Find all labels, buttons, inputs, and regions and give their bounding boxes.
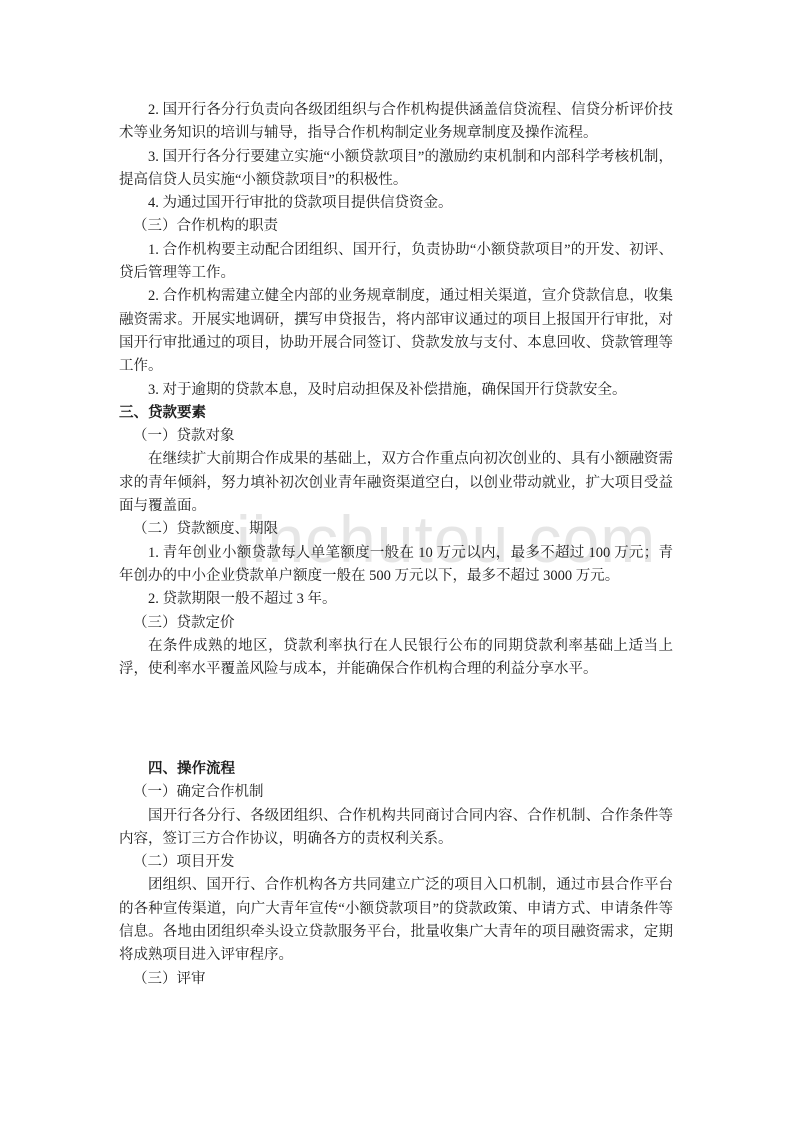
paragraph-loan-term: 2. 贷款期限一般不超过 3 年。 [119,588,673,611]
paragraph-responsibility-2: 2. 国开行各分行负责向各级团组织与合作机构提供涵盖信贷流程、信贷分析评价技术等… [119,99,673,146]
paragraph-loan-target: 在继续扩大前期合作成果的基础上，双方合作重点向初次创业的、具有小额融资需求的青年… [119,448,673,518]
paragraph-responsibility-4: 4. 为通过国开行审批的贷款项目提供信贷资金。 [119,192,673,215]
subheading-partner-duties: （三）合作机构的职责 [119,215,673,238]
subheading-cooperation-mechanism: （一）确定合作机制 [119,781,673,804]
paragraph-cooperation-mechanism: 国开行各分行、各级团组织、合作机构共同商讨合同内容、合作机制、合作条件等内容，签… [119,805,673,852]
paragraph-partner-duty-1: 1. 合作机构要主动配合团组织、国开行，负责协助“小额贷款项目”的开发、初评、贷… [119,239,673,286]
subheading-project-development: （二）项目开发 [119,851,673,874]
heading-operation-process: 四、操作流程 [119,758,673,781]
paragraph-project-development: 团组织、国开行、合作机构各方共同建立广泛的项目入口机制，通过市县合作平台的各种宣… [119,874,673,967]
subheading-loan-target: （一）贷款对象 [119,425,673,448]
section-four: 四、操作流程 （一）确定合作机制 国开行各分行、各级团组织、合作机构共同商讨合同… [119,758,673,991]
heading-loan-elements: 三、贷款要素 [119,402,673,425]
document-page: jinchutou.com 2. 国开行各分行负责向各级团组织与合作机构提供涵盖… [0,0,800,1132]
subheading-review: （三）评审 [119,968,673,991]
paragraph-loan-pricing: 在条件成熟的地区，贷款利率执行在人民银行公布的同期贷款利率基础上适当上浮，使利率… [119,635,673,682]
subheading-loan-amount-term: （二）贷款额度、期限 [119,518,673,541]
paragraph-partner-duty-3: 3. 对于逾期的贷款本息，及时启动担保及补偿措施，确保国开行贷款安全。 [119,379,673,402]
paragraph-partner-duty-2: 2. 合作机构需建立健全内部的业务规章制度，通过相关渠道，宣介贷款信息，收集融资… [119,285,673,378]
subheading-loan-pricing: （三）贷款定价 [119,612,673,635]
section-two-continued: 2. 国开行各分行负责向各级团组织与合作机构提供涵盖信贷流程、信贷分析评价技术等… [119,99,673,681]
paragraph-loan-amount: 1. 青年创业小额贷款每人单笔额度一般在 10 万元以内，最多不超过 100 万… [119,542,673,589]
paragraph-responsibility-3: 3. 国开行各分行要建立实施“小额贷款项目”的激励约束机制和内部科学考核机制，提… [119,146,673,193]
